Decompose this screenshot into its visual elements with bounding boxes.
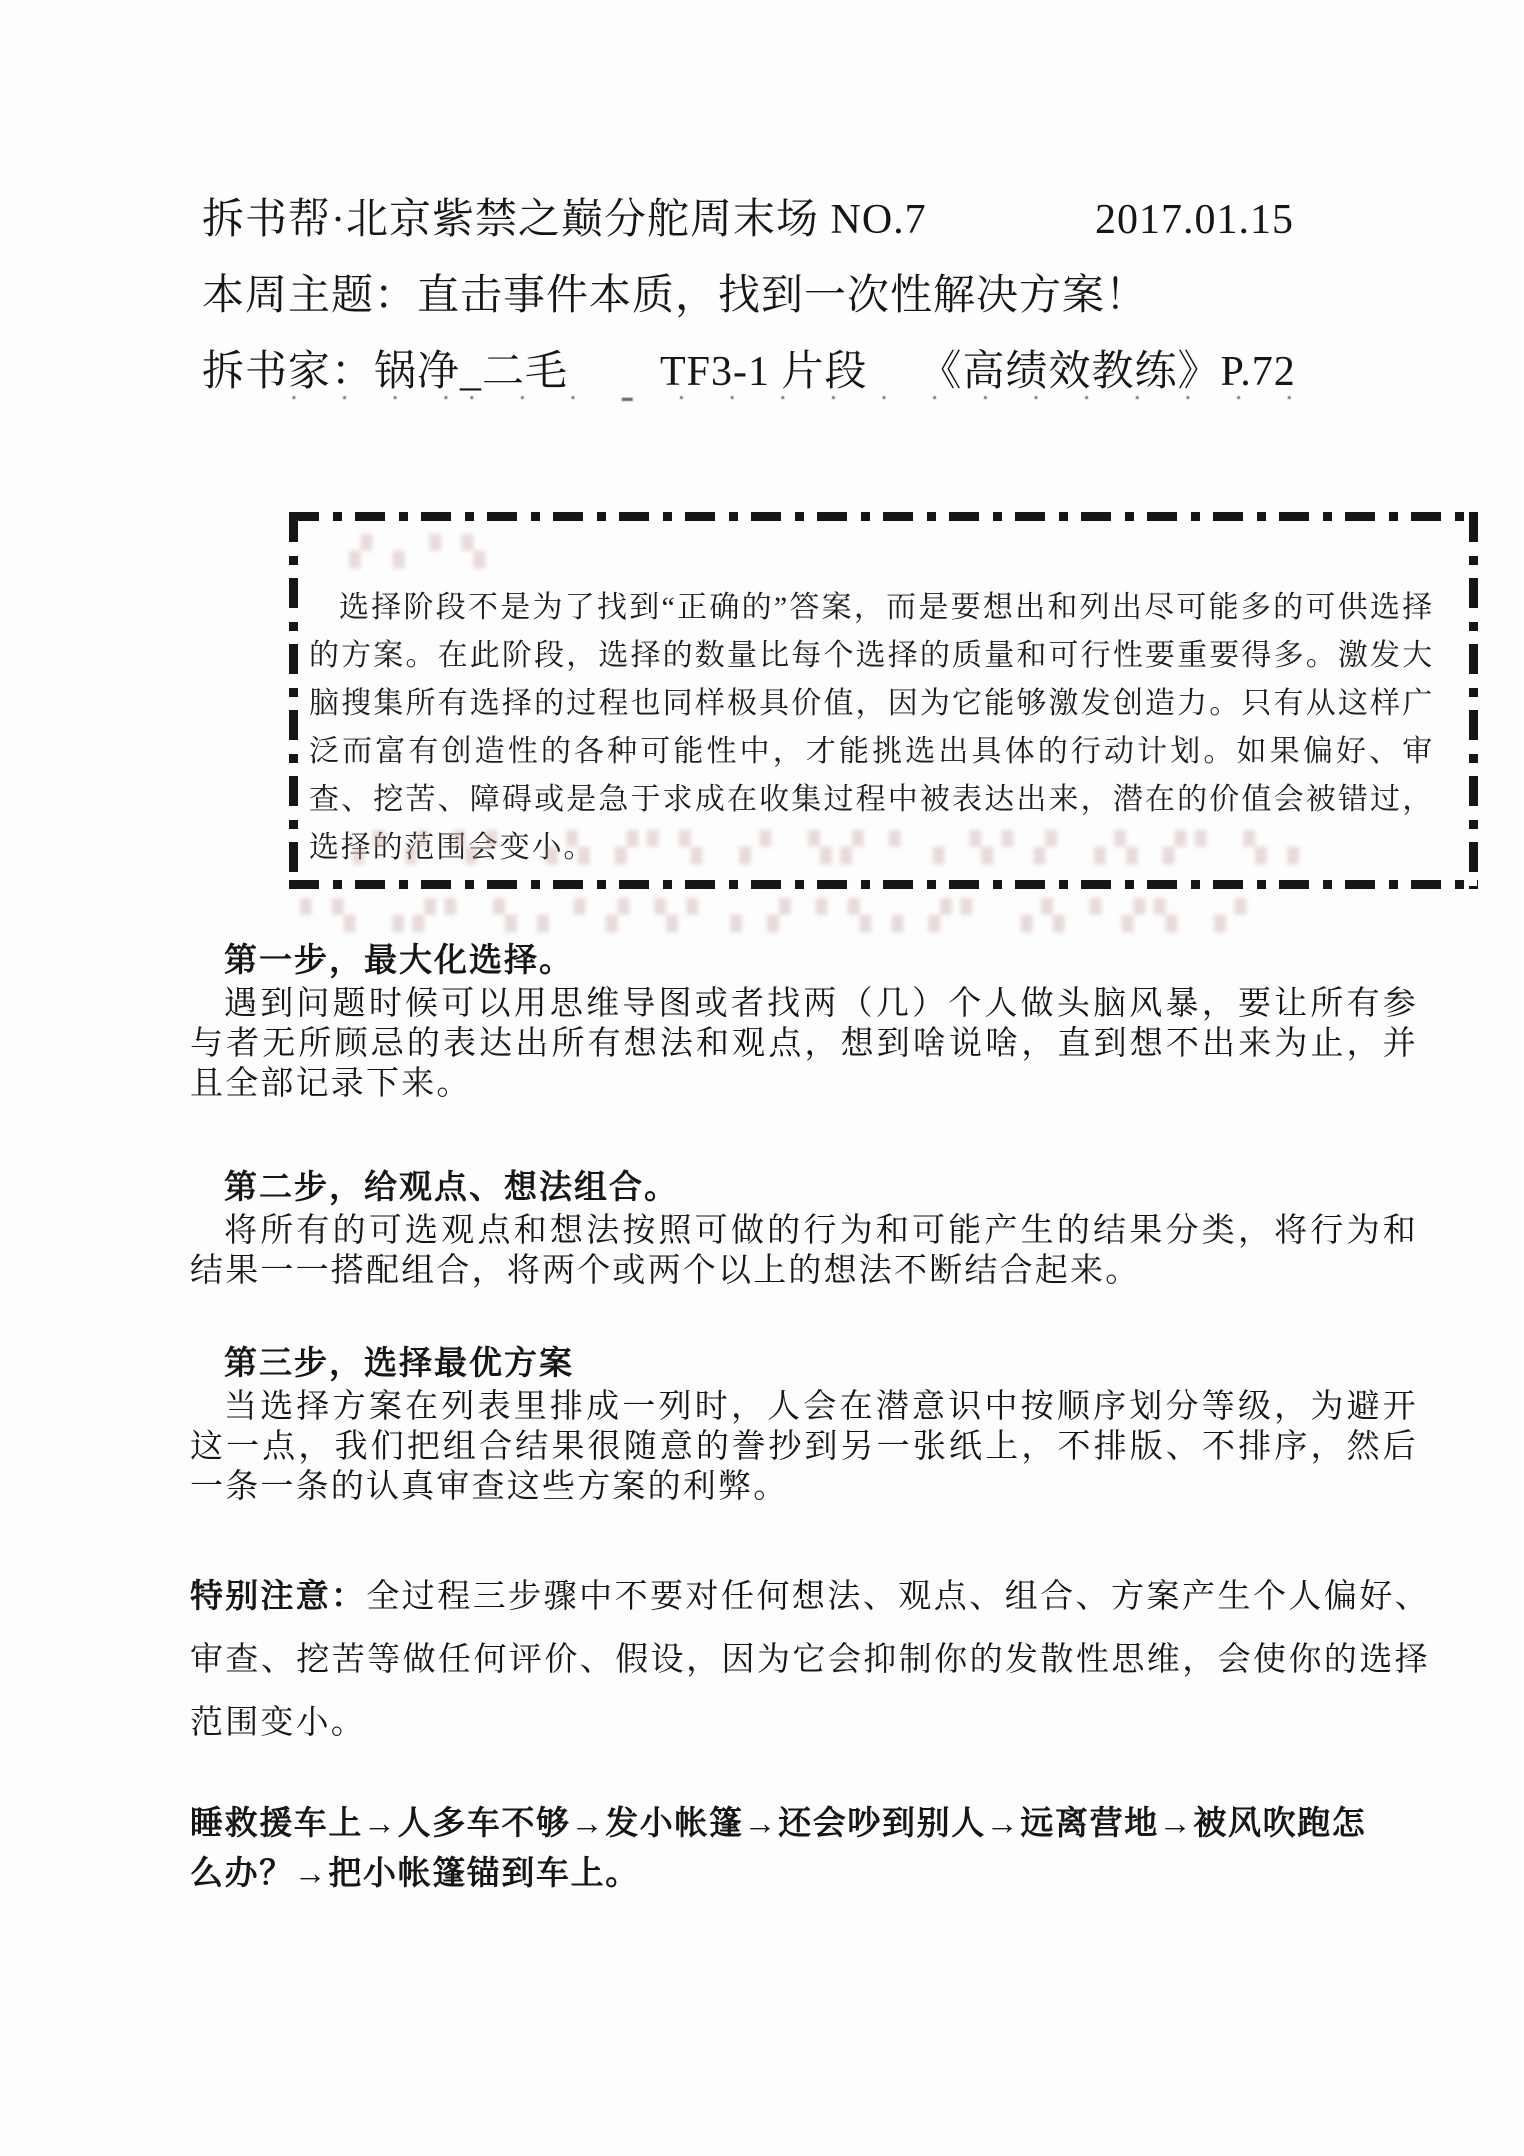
document-date: 2017.01.15 — [1095, 190, 1294, 250]
excerpt-text: 选择阶段不是为了找到“正确的”答案，而是要想出和列出尽可能多的可供选择的方案。在… — [309, 584, 1434, 872]
presenter-name: 拆书家：锅净_二毛 — [202, 342, 568, 402]
header-row-2: 本周主题：直击事件本质，找到一次性解决方案！ — [202, 266, 1294, 326]
excerpt-box-border-bottom — [289, 880, 1478, 889]
step-3-body: 当选择方案在列表里排成一列时，人会在潜意识中按顺序划分等级，为避开这一点，我们把… — [190, 1387, 1418, 1507]
document-title: 拆书帮·北京紫禁之巅分舵周末场 NO.7 — [202, 190, 927, 250]
excerpt-box-border-left — [289, 512, 298, 889]
step-2-heading: 第二步，给观点、想法组合。 — [224, 1165, 1418, 1209]
excerpt-box-border-top — [289, 512, 1478, 521]
step-section-1: 第一步，最大化选择。 遇到问题时候可以用思维导图或者找两（几）个人做头脑风暴，要… — [190, 938, 1418, 1104]
excerpt-box-border-right — [1469, 512, 1478, 889]
step-3-heading: 第三步，选择最优方案 — [224, 1341, 1418, 1385]
header-row-3: 拆书家：锅净_二毛 TF3-1 片段 《高绩效教练》P.72 — [202, 342, 1294, 402]
scan-artifact-ghost-below: ▘▚ ▗▞▘ ▚▗ ▘▞ ▚▘▗ ▞ ▘▚▗ ▞▘ ▗▚ ▘▞▚ ▗▘ — [300, 898, 1450, 933]
step-1-body: 遇到问题时候可以用思维导图或者找两（几）个人做头脑风暴，要让所有参与者无所顾忌的… — [190, 984, 1418, 1104]
step-section-3: 第三步，选择最优方案 当选择方案在列表里排成一列时，人会在潜意识中按顺序划分等级… — [190, 1341, 1418, 1507]
special-note-text: 全过程三步骤中不要对任何想法、观点、组合、方案产生个人偏好、审查、挖苦等做任何评… — [190, 1579, 1430, 1741]
scanned-document-page: 拆书帮·北京紫禁之巅分舵周末场 NO.7 2017.01.15 本周主题：直击事… — [0, 0, 1524, 2156]
step-section-2: 第二步，给观点、想法组合。 将所有的可选观点和想法按照可做的行为和可能产生的结果… — [190, 1165, 1418, 1291]
special-note-label: 特别注意： — [190, 1577, 366, 1614]
book-reference: 《高绩效教练》P.72 — [920, 342, 1296, 402]
excerpt-box: ▞▗ ▘▚ 选择阶段不是为了找到“正确的”答案，而是要想出和列出尽可能多的可供选… — [289, 512, 1478, 889]
step-2-body: 将所有的可选观点和想法按照可做的行为和可能产生的结果分类，将行为和结果一一搭配组… — [190, 1211, 1418, 1291]
header-row-1: 拆书帮·北京紫禁之巅分舵周末场 NO.7 2017.01.15 — [202, 190, 1294, 250]
example-paragraph: 睡救援车上→人多车不够→发小帐篷→还会吵到别人→远离营地→被风吹跑怎么办？→把小… — [190, 1798, 1400, 1898]
step-1-heading: 第一步，最大化选择。 — [224, 938, 1418, 982]
weekly-theme: 本周主题：直击事件本质，找到一次性解决方案！ — [202, 273, 1148, 319]
fragment-label: TF3-1 片段 — [660, 342, 868, 402]
special-note: 特别注意：全过程三步骤中不要对任何想法、观点、组合、方案产生个人偏好、审查、挖苦… — [190, 1564, 1430, 1755]
scan-artifact-ghost-small: ▞▗ ▘▚ — [349, 534, 689, 569]
